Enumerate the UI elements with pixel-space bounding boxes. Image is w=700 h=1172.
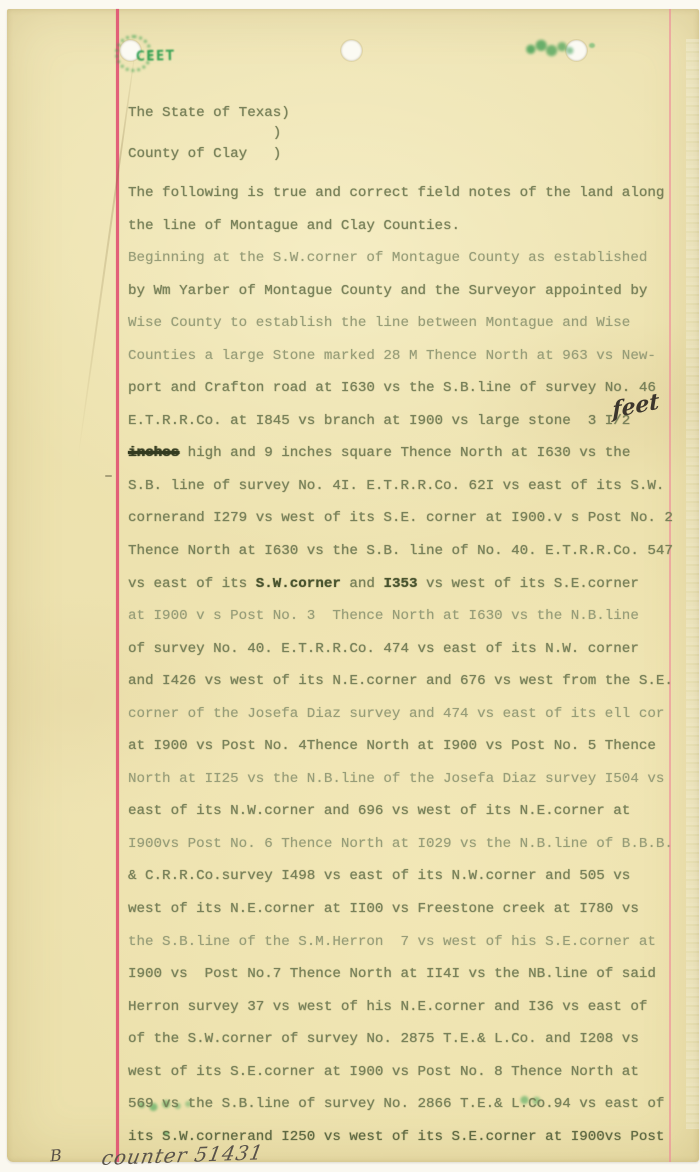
document-line: of the S.W.corner of survey No. 2875 T.E… xyxy=(128,1023,673,1056)
document-line: the line of Montague and Clay Counties. xyxy=(128,210,673,243)
document-line: Counties a large Stone marked 28 M Thenc… xyxy=(128,340,673,373)
scan-edge-streaks xyxy=(686,39,699,1129)
document-line: I900vs Post No. 6 Thence North at I029 v… xyxy=(128,828,673,861)
document-line: S.B. line of survey No. 4I. E.T.R.R.Co. … xyxy=(128,470,673,503)
document-line: The State of Texas) xyxy=(128,103,290,123)
document-line: and I426 vs west of its N.E.corner and 6… xyxy=(128,665,673,698)
document-line: County of Clay ) xyxy=(128,144,290,164)
document-line: I900 vs Post No.7 Thence North at II4I v… xyxy=(128,958,673,991)
document-line: The following is true and correct field … xyxy=(128,177,673,210)
green-ink-speck xyxy=(589,43,595,48)
document-line: of survey No. 40. E.T.R.R.Co. 474 vs eas… xyxy=(128,633,673,666)
field-notes-body: The following is true and correct field … xyxy=(128,177,673,1153)
document-line: North at II25 vs the N.B.line of the Jos… xyxy=(128,763,673,796)
document-line: Beginning at the S.W.corner of Montague … xyxy=(128,242,673,275)
document-line: at I900 vs Post No. 4Thence North at I90… xyxy=(128,730,673,763)
document-line: 569 vs the S.B.line of survey No. 2866 T… xyxy=(128,1088,673,1121)
text-segment: S.W.corner xyxy=(256,576,341,592)
text-segment: vs west of its S.E.corner xyxy=(418,576,639,592)
document-line: west of its N.E.corner at II00 vs Freest… xyxy=(128,893,673,926)
document-line: inches high and 9 inches square Thence N… xyxy=(128,437,673,470)
document-page: CEET The State of Texas) )County of Clay… xyxy=(7,9,699,1162)
document-line: at I900 v s Post No. 3 Thence North at I… xyxy=(128,600,673,633)
document-line: port and Crafton road at I630 vs the S.B… xyxy=(128,372,673,405)
document-line: east of its N.W.corner and 696 vs west o… xyxy=(128,795,673,828)
jurat-header: The State of Texas) )County of Clay ) xyxy=(128,103,290,164)
text-segment: high and 9 inches square Thence North at… xyxy=(179,445,630,461)
punch-hole-center xyxy=(341,40,362,61)
text-segment: and xyxy=(341,576,384,592)
margin-mark xyxy=(105,475,112,477)
document-line: west of its S.E.corner at I900 vs Post N… xyxy=(128,1056,673,1089)
document-line: & C.R.R.Co.survey I498 vs east of its N.… xyxy=(128,860,673,893)
document-line: Herron survey 37 vs west of his N.E.corn… xyxy=(128,991,673,1024)
document-line: cornerand I279 vs west of its S.E. corne… xyxy=(128,502,673,535)
document-line: the S.B.line of the S.M.Herron 7 vs west… xyxy=(128,926,673,959)
document-line: Wise County to establish the line betwee… xyxy=(128,307,673,340)
document-line: by Wm Yarber of Montague County and the … xyxy=(128,275,673,308)
struck-out-word: inches xyxy=(128,445,179,461)
document-line: vs east of its S.W.corner and I353 vs we… xyxy=(128,568,673,601)
document-line: Thence North at I630 vs the S.B. line of… xyxy=(128,535,673,568)
green-stamp-right xyxy=(523,35,575,61)
document-line: E.T.R.R.Co. at I845 vs branch at I900 vs… xyxy=(128,405,673,438)
text-segment: vs east of its xyxy=(128,576,256,592)
green-stamp-left: CEET xyxy=(136,48,176,65)
document-line: corner of the Josefa Diaz survey and 474… xyxy=(128,698,673,731)
text-segment: I353 xyxy=(383,576,417,592)
document-line: ) xyxy=(128,123,290,143)
handwritten-page-mark: B xyxy=(49,1146,62,1166)
